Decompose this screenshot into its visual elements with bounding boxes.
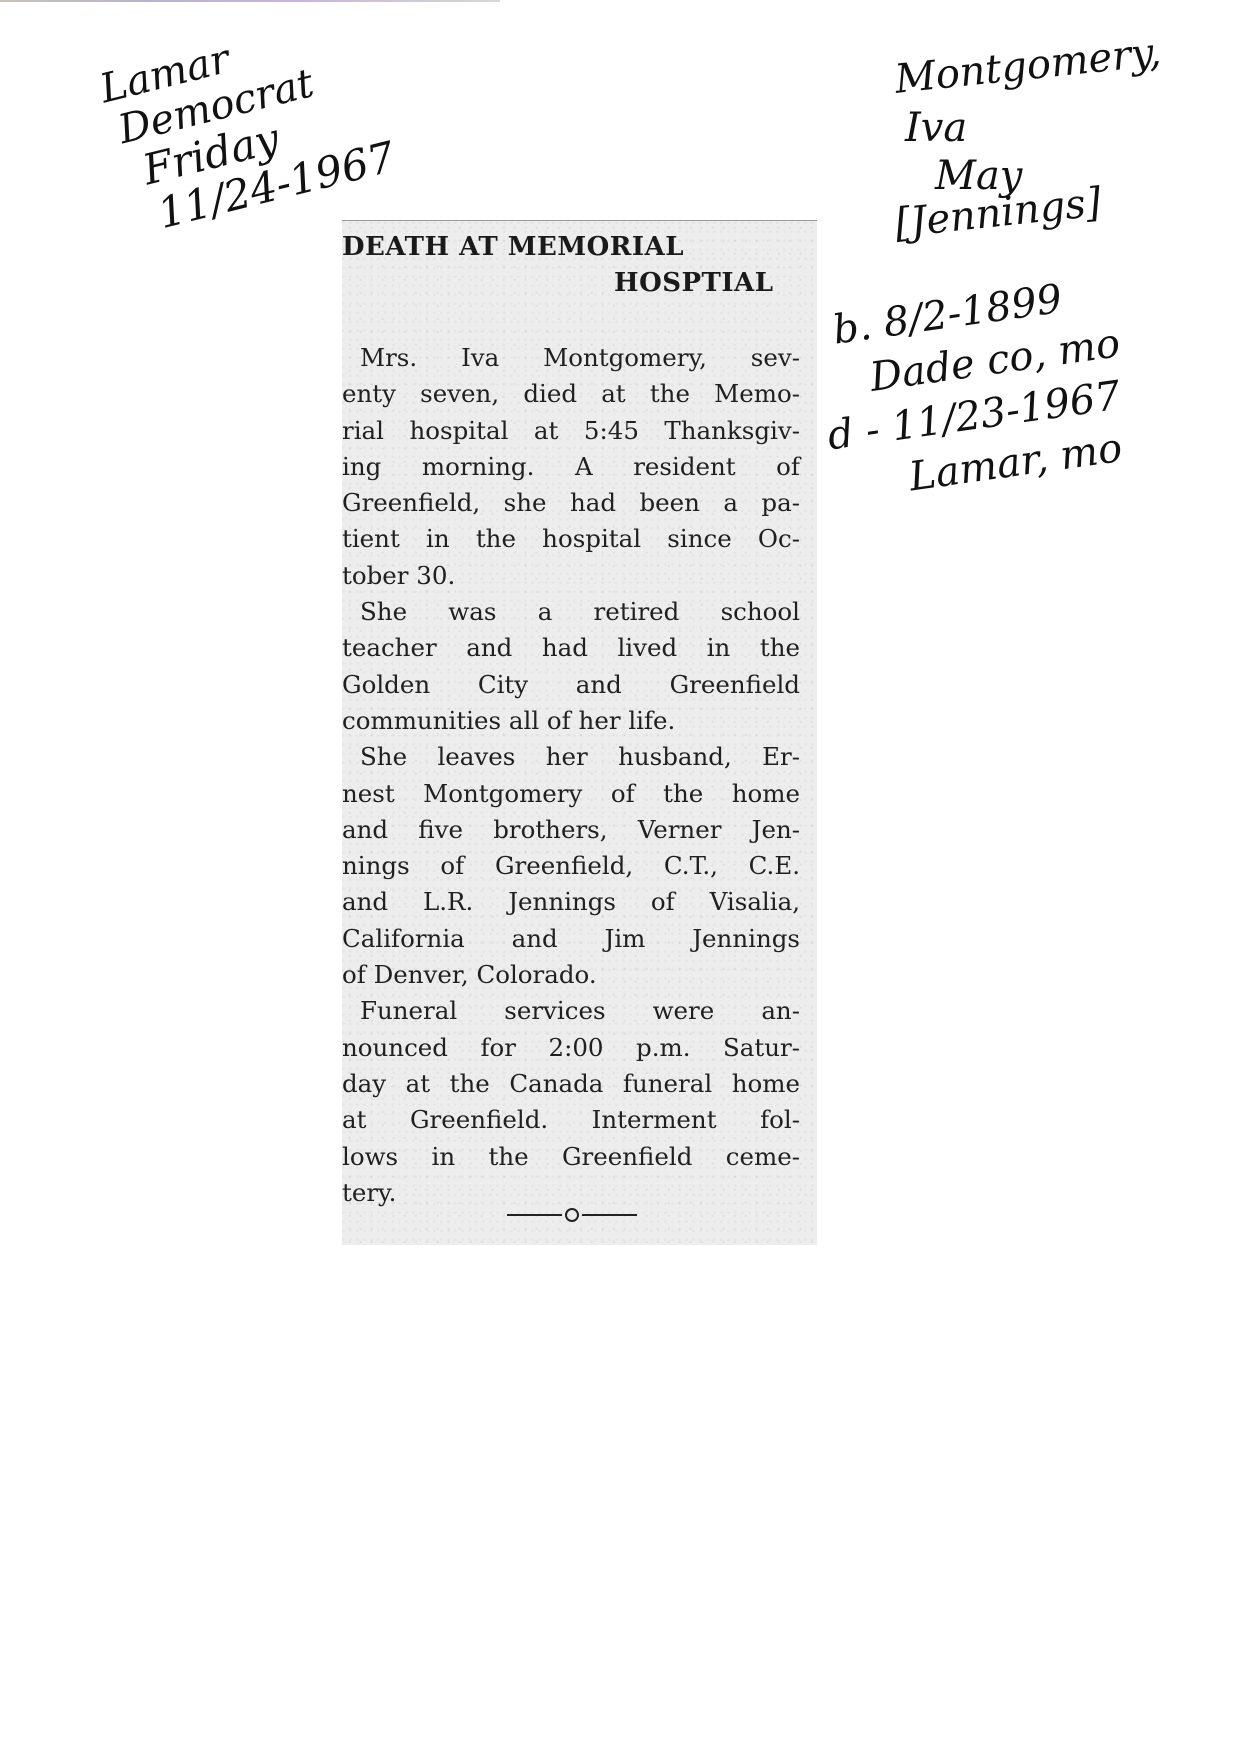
article-line: nounced for 2:00 p.m. Satur- [342,1030,800,1066]
clipping-top-rule [342,220,817,221]
divider-rule [582,1214,637,1216]
name-line: [Jennings] [893,176,1163,244]
article-line: Greenfield, she had been a pa- [342,485,800,521]
handwritten-vitals-note: b. 8/2-1899 Dade co, mo d - 11/23-1967 L… [831,272,1139,517]
scan-edge-artifact [0,0,500,2]
article-line: lows in the Greenfield ceme- [342,1139,800,1175]
handwritten-name-note: Montgomery, Iva May [Jennings] [895,60,1162,252]
handwritten-source-note: Lamar Democrat Friday 11/24-1967 [96,6,400,246]
headline-line-2: HOSPTIAL [614,268,774,298]
article-line: tient in the hospital since Oc- [342,521,800,557]
article-line: day at the Canada funeral home [342,1066,800,1102]
article-line: She was a retired school [342,594,800,630]
divider-rule [507,1214,562,1216]
article-line: tober 30. [342,558,800,594]
article-line: of Denver, Colorado. [342,957,800,993]
article-line: teacher and had lived in the [342,630,800,666]
article-line: Funeral services were an- [342,993,800,1029]
newspaper-clipping: DEATH AT MEMORIAL HOSPTIAL Mrs. Iva Mont… [342,220,817,1245]
name-line: Iva [905,108,1162,148]
article-line: California and Jim Jennings [342,921,800,957]
article-line: at Greenfield. Interment fol- [342,1102,800,1138]
end-mark-divider [507,1208,637,1222]
article-line: tery. [342,1175,800,1211]
article-line: enty seven, died at the Memo- [342,376,800,412]
article-line: nest Montgomery of the home [342,776,800,812]
article-line: rial hospital at 5:45 Thanksgiv- [342,413,800,449]
article-line: communities all of her life. [342,703,800,739]
article-line: nings of Greenfield, C.T., C.E. [342,848,800,884]
article-line: Mrs. Iva Montgomery, sev- [342,340,800,376]
headline-line-1: DEATH AT MEMORIAL [342,232,684,262]
name-line: Montgomery, [893,32,1163,100]
article-line: ing morning. A resident of [342,449,800,485]
article-line: Golden City and Greenfield [342,667,800,703]
article-body: Mrs. Iva Montgomery, sev-enty seven, die… [342,340,800,1211]
article-line: She leaves her husband, Er- [342,739,800,775]
article-line: and five brothers, Verner Jen- [342,812,800,848]
divider-circle-icon [565,1208,579,1222]
article-line: and L.R. Jennings of Visalia, [342,884,800,920]
